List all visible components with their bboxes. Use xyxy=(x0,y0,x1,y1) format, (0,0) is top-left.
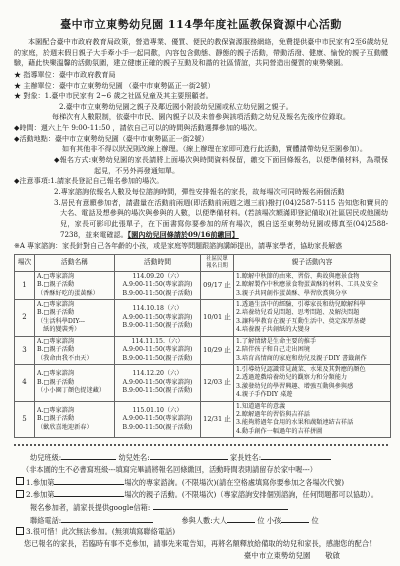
kid-unit-label: 位 xyxy=(312,516,319,525)
registration-deadline: 12/03 止 xyxy=(201,364,234,401)
session-number: 3 xyxy=(15,336,35,364)
form-option-1-line: 1.參加第場次的專家諮詢。(不限場次)(請在空格處填寫你要參加之各場次代號) xyxy=(14,476,388,489)
option-1-blank-field xyxy=(54,476,124,485)
note-3-highlight: 【園內幼兒回條請於09/16前繳回】 xyxy=(128,230,239,239)
table-header-row: 場次 活動名稱 活動時間 社區民眾 報名日期 親子活動內容 xyxy=(15,254,391,271)
phone-blank-field xyxy=(61,514,153,523)
activity-name: A.□專家諮詢 B.□親子活動 （香酥好吃的蛋黃酥） xyxy=(35,271,115,299)
form-phone-line: 聯絡電話: 參與人數:大人 位 小孩 位 xyxy=(14,514,388,527)
line-target-2: 2.臺中市立東勢幼兒園之親子及鄰近國小附設幼兒園或私立幼兒園之親子。 xyxy=(14,102,388,113)
document-page: 臺中市立東勢幼兒園 114學年度社區教保資源中心活動 本園配合臺中市政府教育局政… xyxy=(0,0,400,566)
col-header-deadline: 社區民眾 報名日期 xyxy=(201,254,234,271)
line-registration: ◆報名方式:東勢幼兒園的家長請將上面場次與時間資料保留，繳交下面回條報名，以便準… xyxy=(54,155,388,176)
option-2-prefix: 2.參加第 xyxy=(26,490,54,499)
registration-deadline: 10/01 止 xyxy=(201,299,234,336)
session-number: 2 xyxy=(15,299,35,336)
child-name-blank-field xyxy=(150,451,228,460)
kid-count-blank-field xyxy=(281,514,309,523)
form-note-line: （非本園的生不必書寫班級---填寫完畢請將報名回條繳回，活動時間表則請留存於家中… xyxy=(14,464,388,476)
session-number: 5 xyxy=(15,401,35,438)
line-note-3: 3.居民有意願參加者，請盡量在活動前兩週(即活動前兩週之週三前)撥打(04)25… xyxy=(14,198,388,241)
parent-name-blank-field xyxy=(261,451,331,460)
email-label: 報名參加者，請家長提供google信箱: xyxy=(30,503,150,512)
option-2-blank-field xyxy=(54,488,124,497)
reminder-line: 您已報名的家長，若臨時有事不克參加，請事先來電告知，再將名額釋放給備取的幼兒和家… xyxy=(14,538,388,550)
line-expert-consult: ※A 專家諮詢：家長針對自己各年齡的小孩，或是家庭等問題跟諮詢講師提出，請專家學… xyxy=(14,241,388,252)
table-row-session-2: 2 A.□專家諮詢 B.□親子活動 （生活科學DIY--- 紙的變裝秀） 114… xyxy=(15,299,391,336)
checkbox-option-3 xyxy=(16,527,24,535)
activity-content: 1.瞭解中秋節的由來、習俗、典故與應景食物 2.瞭解製作中秋應景食物蛋黃酥的材料… xyxy=(234,271,391,299)
col-header-session: 場次 xyxy=(15,254,35,271)
adult-count-blank-field xyxy=(227,514,255,523)
table-row-session-1: 1 A.□專家諮詢 B.□親子活動 （香酥好吃的蛋黃酥） 114.09.20（六… xyxy=(15,271,391,299)
line-place-1: ◆活動地點：臺中市立東勢幼兒園（臺中市東勢區正一街2號） xyxy=(14,134,388,145)
activity-name: A.□專家諮詢 B.□親子活動 （我命由我不由天） xyxy=(35,336,115,364)
session-number: 1 xyxy=(15,271,35,299)
form-option-3-line: 3.很可惜！此次無法參加。(無須填寫聯絡電話) xyxy=(14,526,388,538)
activity-time: 114.11.15.（六） A.9:00-11:50(專家諮詢) B.9:00-… xyxy=(115,336,201,364)
cut-line xyxy=(14,444,388,446)
session-number: 4 xyxy=(15,364,35,401)
checkbox-option-1 xyxy=(16,477,24,485)
col-header-activity-time: 活動時間 xyxy=(115,254,201,271)
table-row-session-3: 3 A.□專家諮詢 B.□親子活動 （我命由我不由天） 114.11.15.（六… xyxy=(15,336,391,364)
intro-paragraph: 本園配合臺中市政府教育局政策，營造專業、優質、便民的教保資源服務網絡，免費提供臺… xyxy=(14,37,388,69)
line-time: ◆時間：週六上午 9:00-11:50 ，請依自己可以的時間與活動選擇參加的場次… xyxy=(14,123,388,134)
kid-label: 小孩 xyxy=(267,516,281,525)
registration-deadline: 12/31 止 xyxy=(201,401,234,438)
table-row-session-4: 4 A.□專家諮詢 B.□親子活動 （小小園丁顏色捉迷藏） 114.12.20（… xyxy=(15,364,391,401)
class-blank-field xyxy=(61,451,116,460)
activity-time: 114.10.18（六） A.9:00-11:50(專家諮詢) B.9:00-1… xyxy=(115,299,201,336)
line-host-unit: ★ 主辦單位：臺中市立東勢幼兒園 （臺中市東勢區正一街2號） xyxy=(14,81,388,92)
form-email-line: 報名參加者，請家長提供google信箱: xyxy=(14,501,388,514)
form-identity-line: 幼兒班級: 幼兒姓名: 家長姓名: xyxy=(14,451,388,464)
registration-deadline: 09/17 止 xyxy=(201,271,234,299)
adult-unit-label: 位 xyxy=(257,516,264,525)
col-header-content: 親子活動內容 xyxy=(234,254,391,271)
phone-label: 聯絡電話: xyxy=(30,516,61,525)
option-1-suffix: 場次的專家諮詢。(不限場次)(請在空格處填寫你要參加之各場次代號) xyxy=(124,478,344,487)
line-place-2: 如有其他非不得以狀況則改線上辦理。（線上辦理在家即可進行此活動，實體請帶幼兒至園… xyxy=(14,144,388,155)
table-row-session-5: 5 A.□專家諮詢 B.□親子活動 （歡欣喜地迎新春） 115.01.10（六）… xyxy=(15,401,391,438)
option-3-text: 3.很可惜！此次無法參加。(無須填寫聯絡電話) xyxy=(26,527,175,536)
line-note-1: ◆注意事項:1.請家長登記自己報名參加的場次。 xyxy=(14,176,388,187)
email-blank-field xyxy=(153,501,288,510)
activity-name: A.□專家諮詢 B.□親子活動 （歡欣喜地迎新春） xyxy=(35,401,115,438)
line-note-2: 2.專家諮詢依報名人數及每位諮詢時間，彈性安排報名的家長，故每場次可同時報名兩個… xyxy=(14,187,388,198)
child-name-label: 幼兒姓名: xyxy=(118,453,149,462)
participant-count-label: 參與人數:大人 xyxy=(181,516,227,525)
activity-content: 1.透過生活中的經驗、引導家長和幼兒瞭解科學 2.培養幼兒看見問題、思考問題、及… xyxy=(234,299,391,336)
activity-content: 1.了解情緒是生命主要的推手 2.陪伴孩子和自己走出困境 3.培育高情商的家庭和… xyxy=(234,336,391,364)
class-label: 幼兒班級: xyxy=(30,453,61,462)
registration-deadline: 10/29 止 xyxy=(201,336,234,364)
signoff-line: 臺中市立東勢幼兒園 敬啟 xyxy=(14,550,388,563)
activity-time: 114.12.20（六） A.9:00-11:50(專家諮詢) B.9:00-1… xyxy=(115,364,201,401)
form-option-2-line: 2.參加第場次的親子活動。(不限場次)（專家諮詢安排個別諮詢，任何問題都可以協助… xyxy=(14,488,388,501)
activity-schedule-table: 場次 活動名稱 活動時間 社區民眾 報名日期 親子活動內容 1 A.□專家諮詢 … xyxy=(14,254,391,439)
activity-name: A.□專家諮詢 B.□親子活動 （生活科學DIY--- 紙的變裝秀） xyxy=(35,299,115,336)
page-title: 臺中市立東勢幼兒園 114學年度社區教保資源中心活動 xyxy=(14,16,388,32)
activity-content: 1.知道過年的意義 2.瞭解過年的習俗與吉祥話 3.能夠將過年食用的水果和蔬類連… xyxy=(234,401,391,438)
activity-time: 114.09.20（六） A.9:00-11:50(專家諮詢) B.9:00-1… xyxy=(115,271,201,299)
activity-time: 115.01.10（六） A.9:00-11:50(專家諮詢) B.9:00-1… xyxy=(115,401,201,438)
activity-name: A.□專家諮詢 B.□親子活動 （小小園丁顏色捉迷藏） xyxy=(35,364,115,401)
parent-name-label: 家長姓名: xyxy=(230,453,261,462)
option-2-suffix: 場次的親子活動。(不限場次)（專家諮詢安排個別諮詢，任何問題都可以協助）。 xyxy=(124,490,378,499)
line-target-3: 每梯次有人數限制，依臺中市民、園內親子以及未曾參與該項活動之幼兒及報名先後序位錄… xyxy=(14,112,388,123)
col-header-activity-name: 活動名稱 xyxy=(35,254,115,271)
line-guide-unit: ★ 指導單位：臺中市政府教育局 xyxy=(14,70,388,81)
activity-content: 1.引導幼兒認識常見蔬菜、水果及其對應的顏色 2.透過遊戲培養幼兒的觀察力和分類… xyxy=(234,364,391,401)
option-1-prefix: 1.參加第 xyxy=(26,478,54,487)
line-target-1: ★ 對象：1.臺中市民家有 2~6 歲之社區兒童及其主要照顧者。 xyxy=(14,91,388,102)
checkbox-option-2 xyxy=(16,490,24,498)
